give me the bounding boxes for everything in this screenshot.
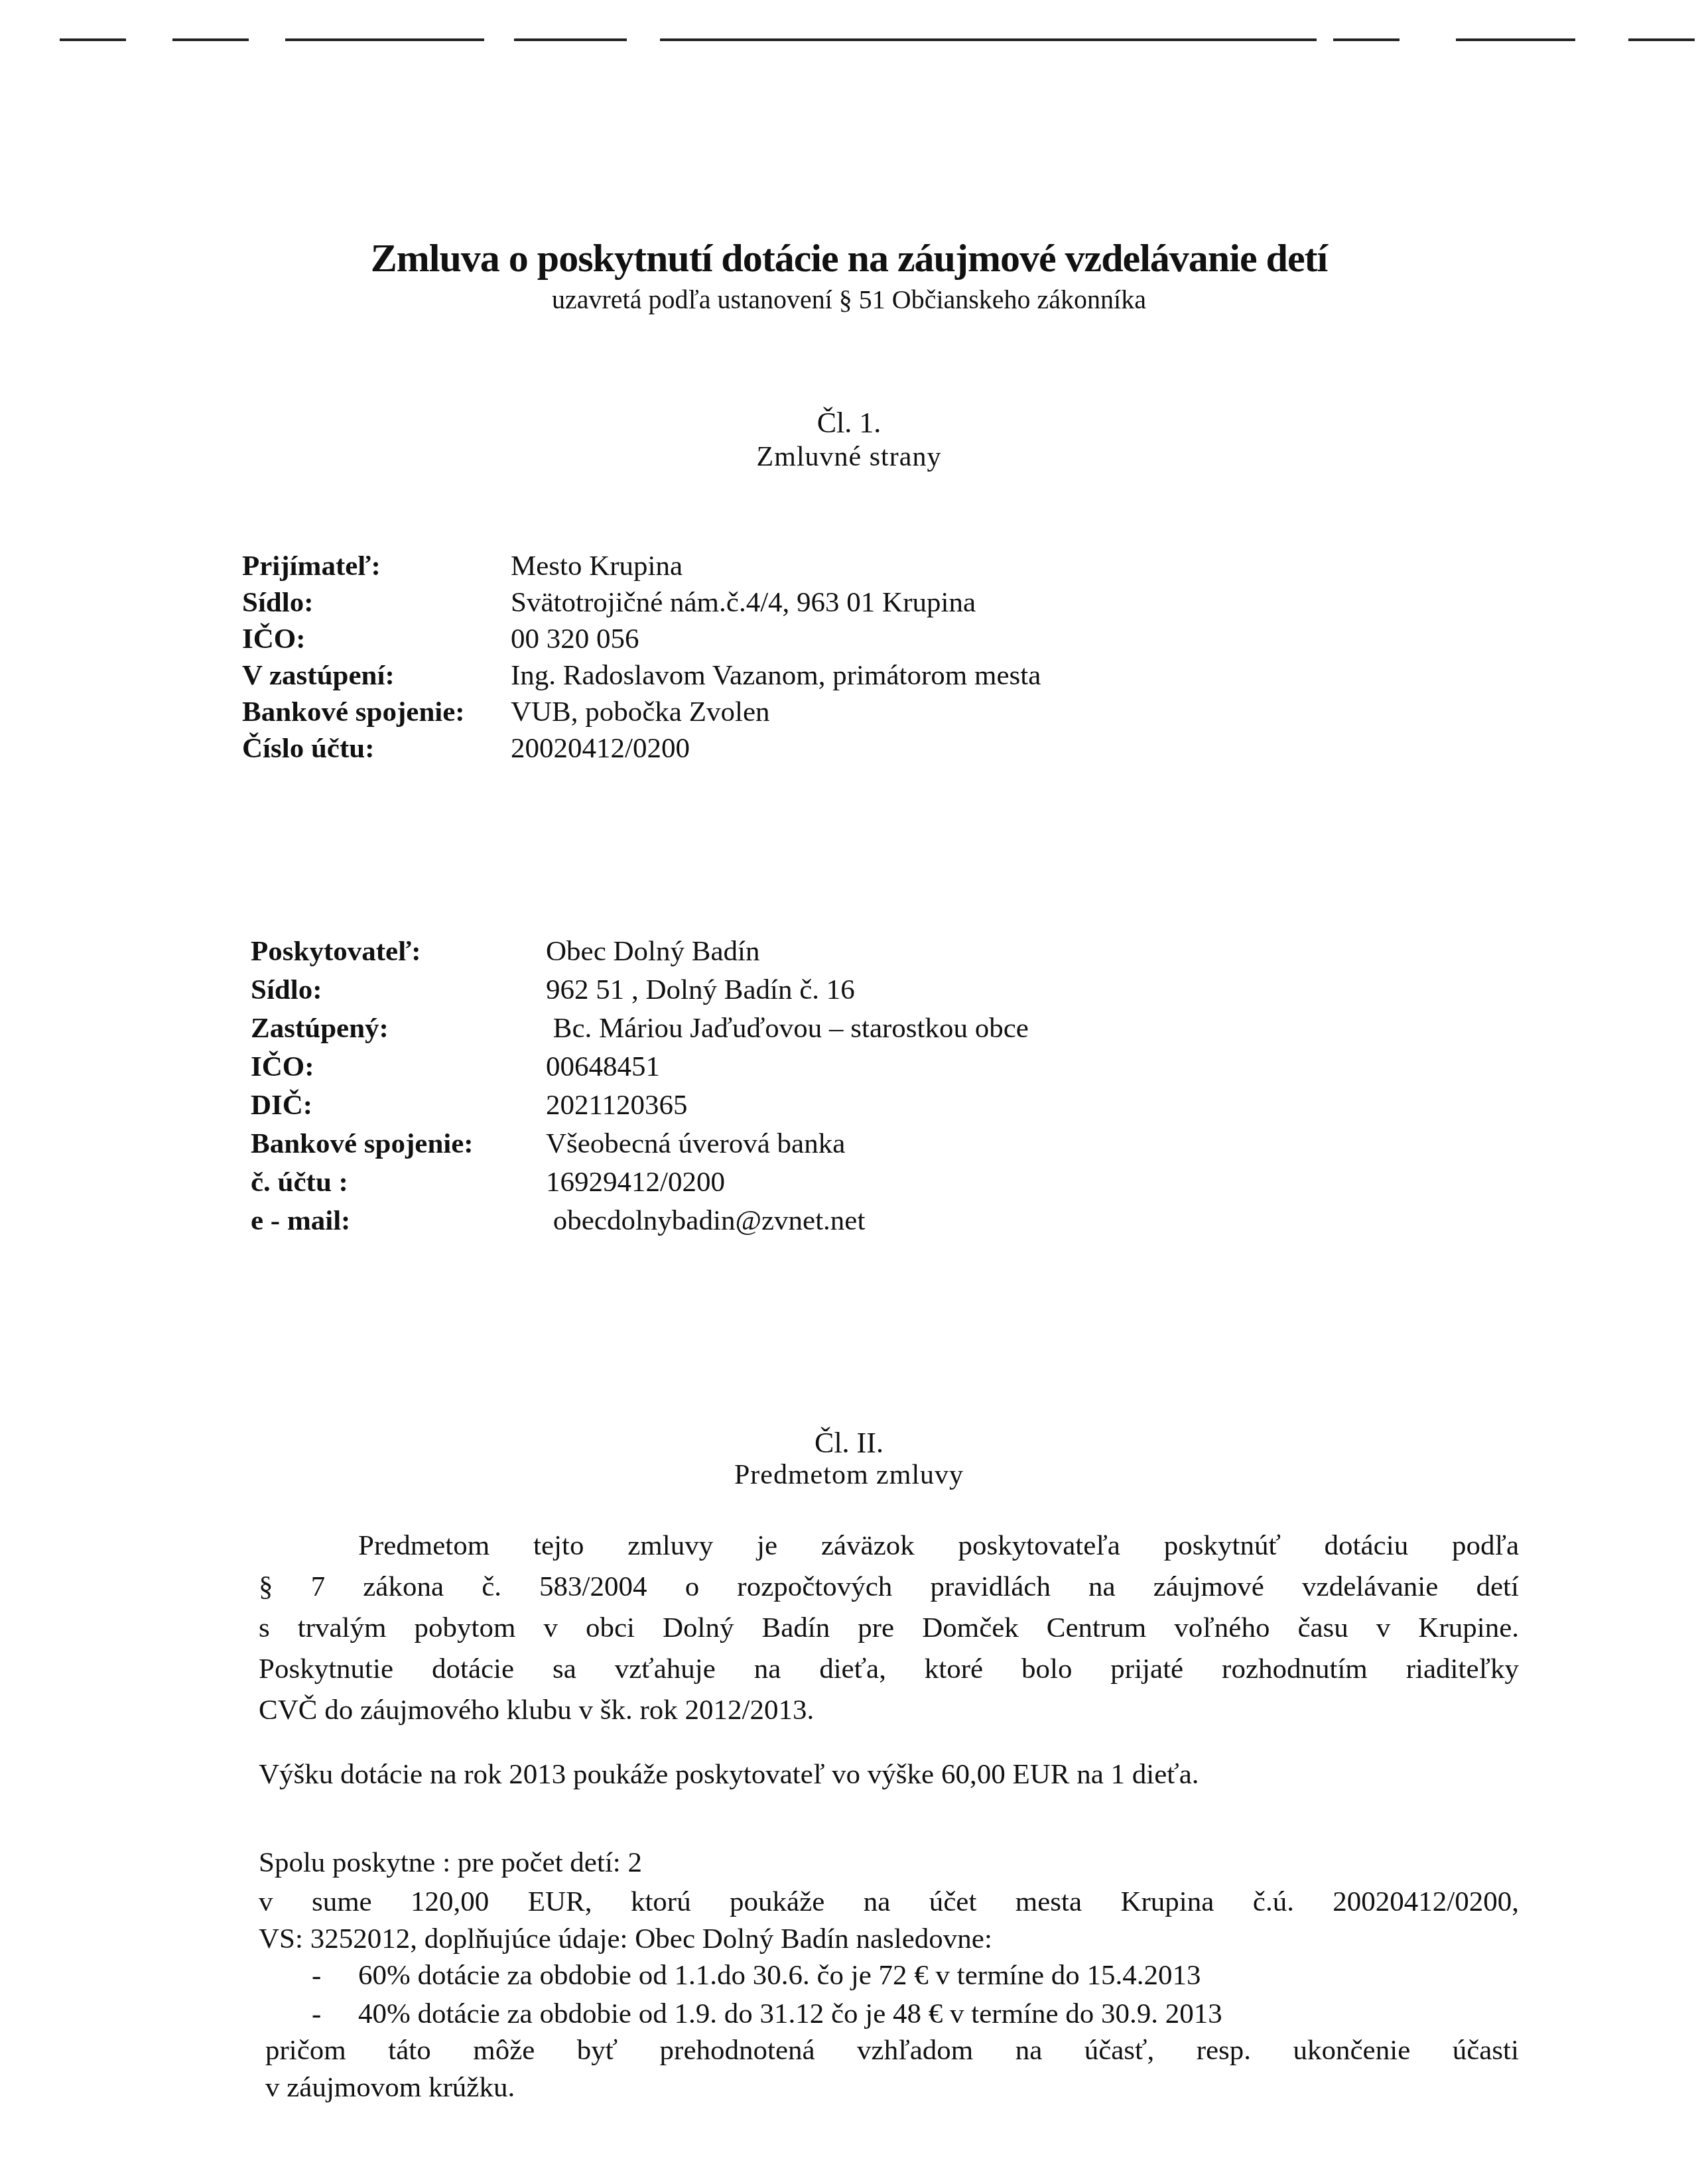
- provider-name-row: Poskytovateľ:Obec Dolný Badín: [251, 932, 1029, 970]
- provider-bank-row: Bankové spojenie:Všeobecná úverová banka: [251, 1124, 1029, 1163]
- article-1-number: Čl. 1.: [0, 406, 1698, 440]
- recipient-party-block: Prijímateľ:Mesto Krupina Sídlo:Svätotroj…: [242, 548, 1041, 767]
- article-1-name: Zmluvné strany: [0, 441, 1698, 473]
- reassessment-paragraph: pričom táto môže byť prehodnotená vzhľad…: [265, 2032, 1519, 2106]
- article-2-number: Čl. II.: [0, 1426, 1698, 1460]
- installment-item: -60% dotácie za obdobie od 1.1.do 30.6. …: [259, 1957, 1519, 1995]
- provider-account-row: č. účtu :16929412/0200: [251, 1163, 1029, 1201]
- provider-party-block: Poskytovateľ:Obec Dolný Badín Sídlo:962 …: [251, 932, 1029, 1240]
- subject-paragraph: Predmetom tejto zmluvy je záväzok poskyt…: [259, 1525, 1519, 1731]
- article-2-name: Predmetom zmluvy: [0, 1459, 1698, 1491]
- recipient-bank-row: Bankové spojenie:VUB, pobočka Zvolen: [242, 694, 1041, 730]
- recipient-seat-row: Sídlo:Svätotrojičné nám.č.4/4, 963 01 Kr…: [242, 584, 1041, 621]
- provider-dic-row: DIČ:2021120365: [251, 1086, 1029, 1124]
- installments-list: -60% dotácie za obdobie od 1.1.do 30.6. …: [259, 1957, 1519, 2033]
- amount-per-child-paragraph: Výšku dotácie na rok 2013 poukáže poskyt…: [259, 1754, 1519, 1795]
- document-subtitle: uzavretá podľa ustanovení § 51 Občianske…: [0, 284, 1698, 315]
- provider-seat-row: Sídlo:962 51 , Dolný Badín č. 16: [251, 970, 1029, 1009]
- total-amount-paragraph: Spolu poskytne : pre počet detí: 2 v sum…: [259, 1842, 1519, 1958]
- bullet-dash: -: [312, 1995, 358, 2033]
- installment-item: -40% dotácie za obdobie od 1.9. do 31.12…: [259, 1995, 1519, 2033]
- recipient-ico-row: IČO:00 320 056: [242, 621, 1041, 657]
- recipient-name-row: Prijímateľ:Mesto Krupina: [242, 548, 1041, 584]
- provider-email-row: e - mail: obecdolnybadin@zvnet.net: [251, 1201, 1029, 1240]
- provider-representative-row: Zastúpený: Bc. Máriou Jaďuďovou – staros…: [251, 1009, 1029, 1047]
- bullet-dash: -: [312, 1957, 358, 1995]
- recipient-representative-row: V zastúpení:Ing. Radoslavom Vazanom, pri…: [242, 657, 1041, 694]
- document-title: Zmluva o poskytnutí dotácie na záujmové …: [0, 235, 1698, 281]
- recipient-account-row: Číslo účtu:20020412/0200: [242, 730, 1041, 767]
- provider-ico-row: IČO:00648451: [251, 1047, 1029, 1086]
- provider-email-link[interactable]: obecdolnybadin@zvnet.net: [546, 1204, 865, 1237]
